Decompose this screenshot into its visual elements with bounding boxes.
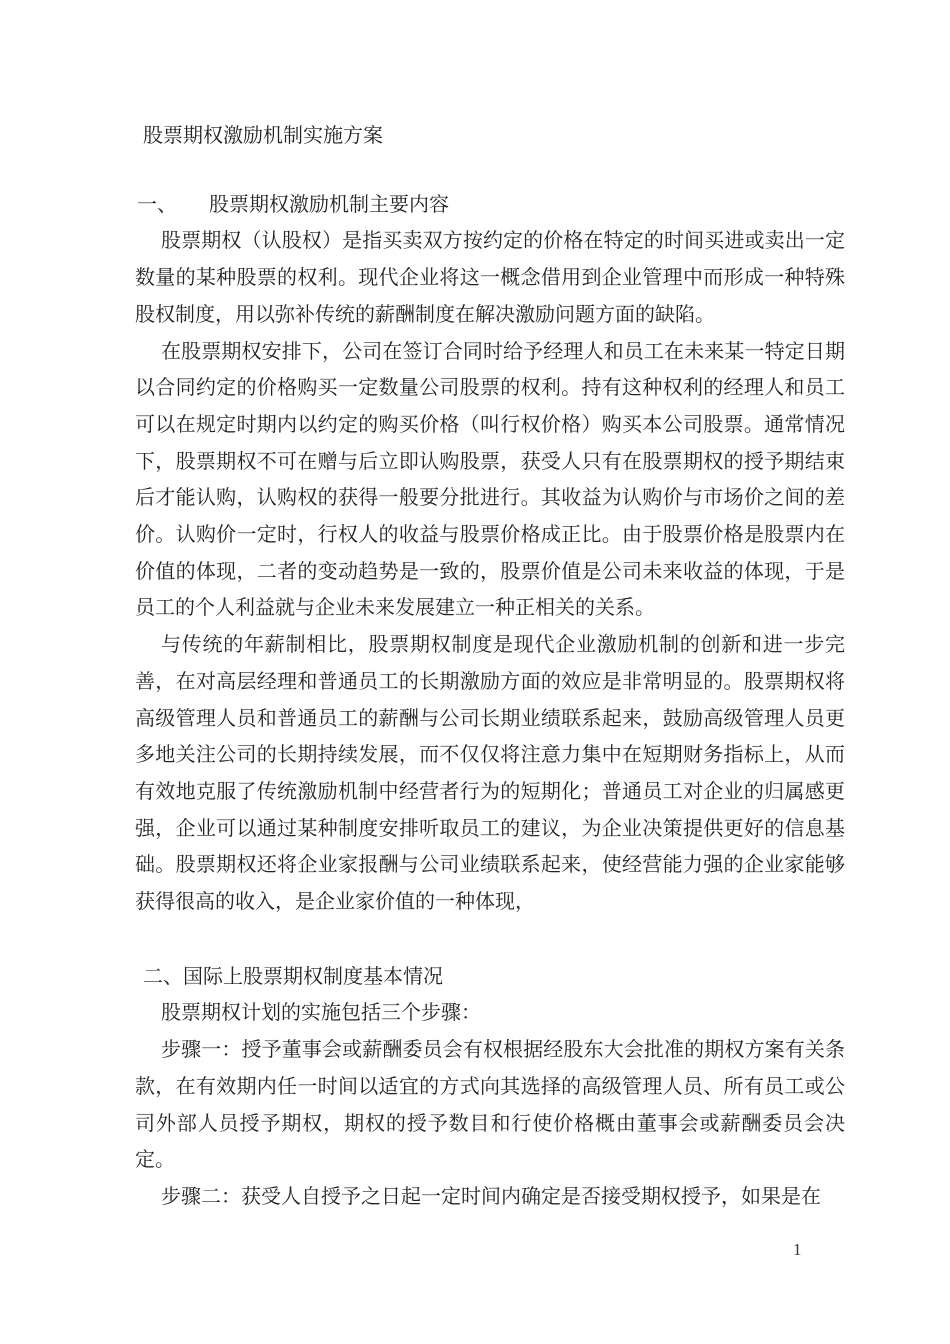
section-2-heading-text: 国际上股票期权制度基本情况 [183,966,443,988]
section-2-number: 二、 [143,966,183,988]
section-1-paragraph-3: 与传统的年薪制相比，股票期权制度是现代企业激励机制的创新和进一步完善，在对高层经… [135,627,845,921]
section-2-heading: 二、国际上股票期权制度基本情况 [135,959,845,996]
document-title: 股票期权激励机制实施方案 [135,118,845,155]
section-1-heading-text: 股票期权激励机制主要内容 [209,194,449,216]
section-1-paragraph-1: 股票期权（认股权）是指买卖双方按约定的价格在特定的时间买进或卖出一定数量的某种股… [135,223,845,333]
section-1-heading: 一、股票期权激励机制主要内容 [135,187,845,224]
section-1-number: 一、 [137,187,209,224]
section-1-paragraph-2: 在股票期权安排下，公司在签订合同时给予经理人和员工在未来某一特定日期以合同约定的… [135,334,845,628]
section-2-intro: 股票期权计划的实施包括三个步骤： [135,995,845,1032]
section-2-step-1: 步骤一：授予董事会或薪酬委员会有权根据经股东大会批准的期权方案有关条款，在有效期… [135,1032,845,1179]
section-2-step-2: 步骤二：获受人自授予之日起一定时间内确定是否接受期权授予，如果是在 [135,1179,845,1216]
document-body: 股票期权激励机制实施方案 一、股票期权激励机制主要内容 股票期权（认股权）是指买… [135,118,845,1216]
page-number: 1 [793,1240,802,1260]
document-page: 股票期权激励机制实施方案 一、股票期权激励机制主要内容 股票期权（认股权）是指买… [0,0,950,1344]
